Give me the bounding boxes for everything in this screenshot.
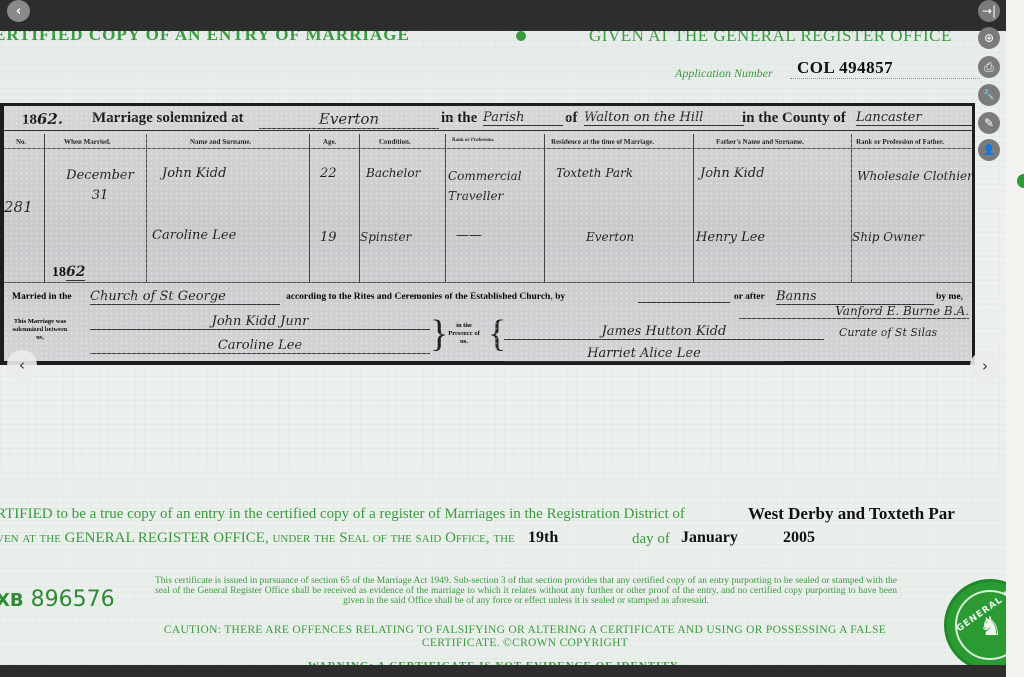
witness-2-signature: Harriet Alice Lee [504, 346, 784, 362]
collapse-panel-icon: →| [982, 4, 996, 18]
column-header: When Married. [64, 138, 111, 146]
divider [4, 282, 972, 283]
registration-district: West Derby and Toxteth Par [748, 504, 955, 524]
column-divider [851, 134, 852, 282]
viewer-top-bar: ‹ [0, 0, 1006, 31]
bride-signature: Caroline Lee [90, 338, 430, 354]
column-divider [359, 134, 360, 282]
marriage-year: 1862 [52, 264, 85, 281]
groom-residence: Toxteth Park [556, 166, 633, 180]
groom-father-rank: Wholesale Clothier [856, 166, 974, 186]
column-divider [445, 134, 446, 282]
place-value: Everton [259, 110, 439, 129]
back-button[interactable]: ‹ [7, 0, 30, 22]
column-header: Father's Name and Surname. [716, 138, 804, 146]
column-divider [544, 134, 545, 282]
groom-name: John Kidd [162, 166, 226, 181]
in-the-label: in the [441, 110, 477, 127]
of-label: of [565, 110, 578, 127]
officiant-role: Curate of St Silas [839, 326, 937, 339]
banns-value: Banns [776, 289, 934, 305]
groom-rank: Commercial Traveller [448, 166, 544, 206]
application-underline [790, 78, 980, 79]
person-icon: 👤 [983, 145, 995, 156]
solemnized-label: Marriage solemnized at [92, 110, 244, 127]
print-button[interactable]: ⎙ [978, 56, 1000, 78]
column-divider [44, 134, 45, 282]
side-panel-edge [1006, 0, 1024, 677]
marriage-date: December 31 [56, 166, 144, 206]
by-licence-line [638, 302, 730, 303]
viewer-bottom-bar [0, 665, 1006, 677]
certificate-serial: XB 896576 [0, 587, 115, 612]
next-image-button[interactable]: › [970, 351, 1000, 381]
bride-rank: —— [456, 228, 482, 243]
entry-year: 1862. [22, 110, 63, 129]
given-at-statement: ven at the GENERAL REGISTER OFFICE, unde… [0, 530, 515, 547]
column-header: Name and Surname. [190, 138, 251, 146]
previous-image-button[interactable]: ‹ [7, 350, 37, 380]
church-name: Church of St George [90, 289, 280, 305]
solemnized-between-label: This Marriage was solemnized between us, [10, 318, 70, 342]
column-header: Rank or Profession of Father. [856, 138, 944, 146]
rites-label: according to the Rites and Ceremonies of… [286, 292, 565, 302]
pencil-icon: ✎ [984, 116, 994, 130]
column-header: No. [16, 138, 26, 146]
general-register-seal: GENERAL REGI ♞ [944, 579, 1006, 665]
bride-condition: Spinster [360, 230, 411, 244]
groom-father: John Kidd [700, 166, 764, 181]
divider [4, 130, 972, 131]
column-header: Age. [323, 138, 336, 146]
bride-residence: Everton [586, 230, 634, 244]
bride-age: 19 [320, 230, 337, 245]
issue-year: 2005 [783, 529, 815, 547]
application-number-label: Application Number [675, 66, 773, 81]
print-icon: ⎙ [984, 60, 994, 75]
bride-name: Caroline Lee [152, 228, 236, 243]
column-header: Condition. [379, 138, 411, 146]
by-me-label: by me, [936, 292, 963, 302]
column-divider [693, 134, 694, 282]
legal-notice: This certificate is issued in pursuance … [155, 576, 897, 606]
crest-icon [516, 31, 526, 41]
county-label: in the County of [742, 110, 846, 127]
brace: } [430, 314, 448, 354]
presence-label: in the Presence of us, [448, 322, 480, 346]
chevron-left-icon: ‹ [19, 356, 25, 374]
column-divider [146, 134, 147, 282]
divider [4, 148, 972, 149]
zoom-in-button[interactable]: ⊕ [978, 27, 1000, 49]
application-number: COL 494857 [797, 58, 893, 78]
or-after-label: or after [734, 292, 765, 302]
chevron-left-icon: ‹ [16, 4, 21, 19]
groom-condition: Bachelor [366, 166, 420, 180]
entry-number: 281 [4, 198, 33, 216]
issue-month: January [681, 529, 738, 547]
column-header: Residence at the time of Marriage. [551, 138, 654, 146]
caution-notice: CAUTION: THERE ARE OFFENCES RELATING TO … [160, 624, 890, 650]
officiant-name: Vanford E. Burne B.A. [739, 304, 969, 319]
lion-icon: ♞ [979, 612, 1002, 642]
tools-button[interactable]: 🔧 [978, 84, 1000, 106]
day-of-label: day of [632, 531, 670, 548]
column-divider [309, 134, 310, 282]
bride-father-rank: Ship Owner [852, 230, 924, 244]
wrench-icon: 🔧 [983, 90, 995, 101]
certificate-image: ERTIFIED COPY OF AN ENTRY OF MARRIAGE GI… [0, 31, 1006, 665]
parish-type: Parish [483, 110, 563, 126]
zoom-in-icon: ⊕ [984, 31, 994, 45]
register-entry: 1862. Marriage solemnized at Everton in … [0, 103, 975, 365]
groom-signature: John Kidd Junr [90, 314, 430, 330]
issuing-office: GIVEN AT THE GENERAL REGISTER OFFICE [589, 31, 952, 46]
married-in-label: Married in the [12, 292, 72, 302]
certificate-title: ERTIFIED COPY OF AN ENTRY OF MARRIAGE [0, 31, 410, 45]
column-header: Rank or Profession. [452, 138, 494, 143]
edit-button[interactable]: ✎ [978, 112, 1000, 134]
status-dot [1017, 174, 1024, 188]
collapse-panel-button[interactable]: →| [978, 0, 1000, 22]
groom-age: 22 [320, 166, 337, 181]
person-button[interactable]: 👤 [978, 139, 1000, 161]
bride-father: Henry Lee [696, 230, 765, 245]
county-value: Lancaster [856, 110, 974, 126]
certified-statement: RTIFIED to be a true copy of an entry in… [0, 506, 685, 523]
parish-name: Walton on the Hill [584, 110, 744, 126]
issue-day: 19th [528, 529, 558, 547]
witness-1-signature: James Hutton Kidd [504, 324, 824, 340]
chevron-right-icon: › [982, 357, 988, 375]
